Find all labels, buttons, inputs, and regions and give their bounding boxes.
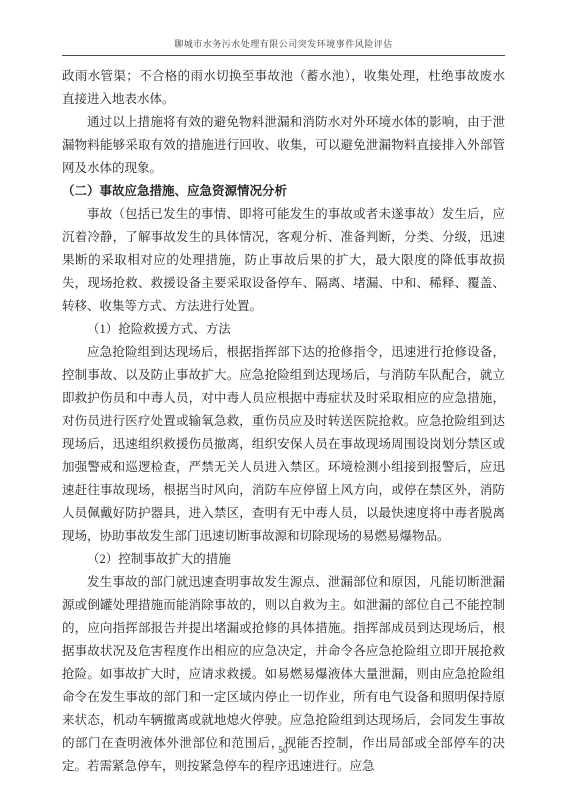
paragraph: 事故（包括已发生的事情、即将可能发生的事故或者未遂事故）发生后，应沉着冷静，了解… — [62, 203, 505, 318]
document-body: 政雨水管渠；不合格的雨水切换至事故池（蓄水池），收集处理，杜绝事故废水直接进入地… — [62, 65, 505, 778]
paragraph-continuation: 政雨水管渠；不合格的雨水切换至事故池（蓄水池），收集处理，杜绝事故废水直接进入地… — [62, 65, 505, 111]
paragraph: 应急抢险组到达现场后，根据指挥部下达的抢修指令，迅速进行抢修设备，控制事故、以及… — [62, 341, 505, 548]
document-header-title: 聊城市水务污水处理有限公司突发环境事件风险评估 — [62, 37, 505, 56]
sub-heading: （2）控制事故扩大的措施 — [62, 548, 505, 571]
page-number: 50 — [0, 746, 566, 756]
document-page: 聊城市水务污水处理有限公司突发环境事件风险评估 政雨水管渠；不合格的雨水切换至事… — [0, 0, 566, 800]
sub-heading: （1）抢险救援方式、方法 — [62, 318, 505, 341]
section-heading: （二）事故应急措施、应急资源情况分析 — [62, 180, 505, 203]
paragraph: 通过以上措施将有效的避免物料泄漏和消防水对外环境水体的影响，由于泄漏物料能够采取… — [62, 111, 505, 180]
